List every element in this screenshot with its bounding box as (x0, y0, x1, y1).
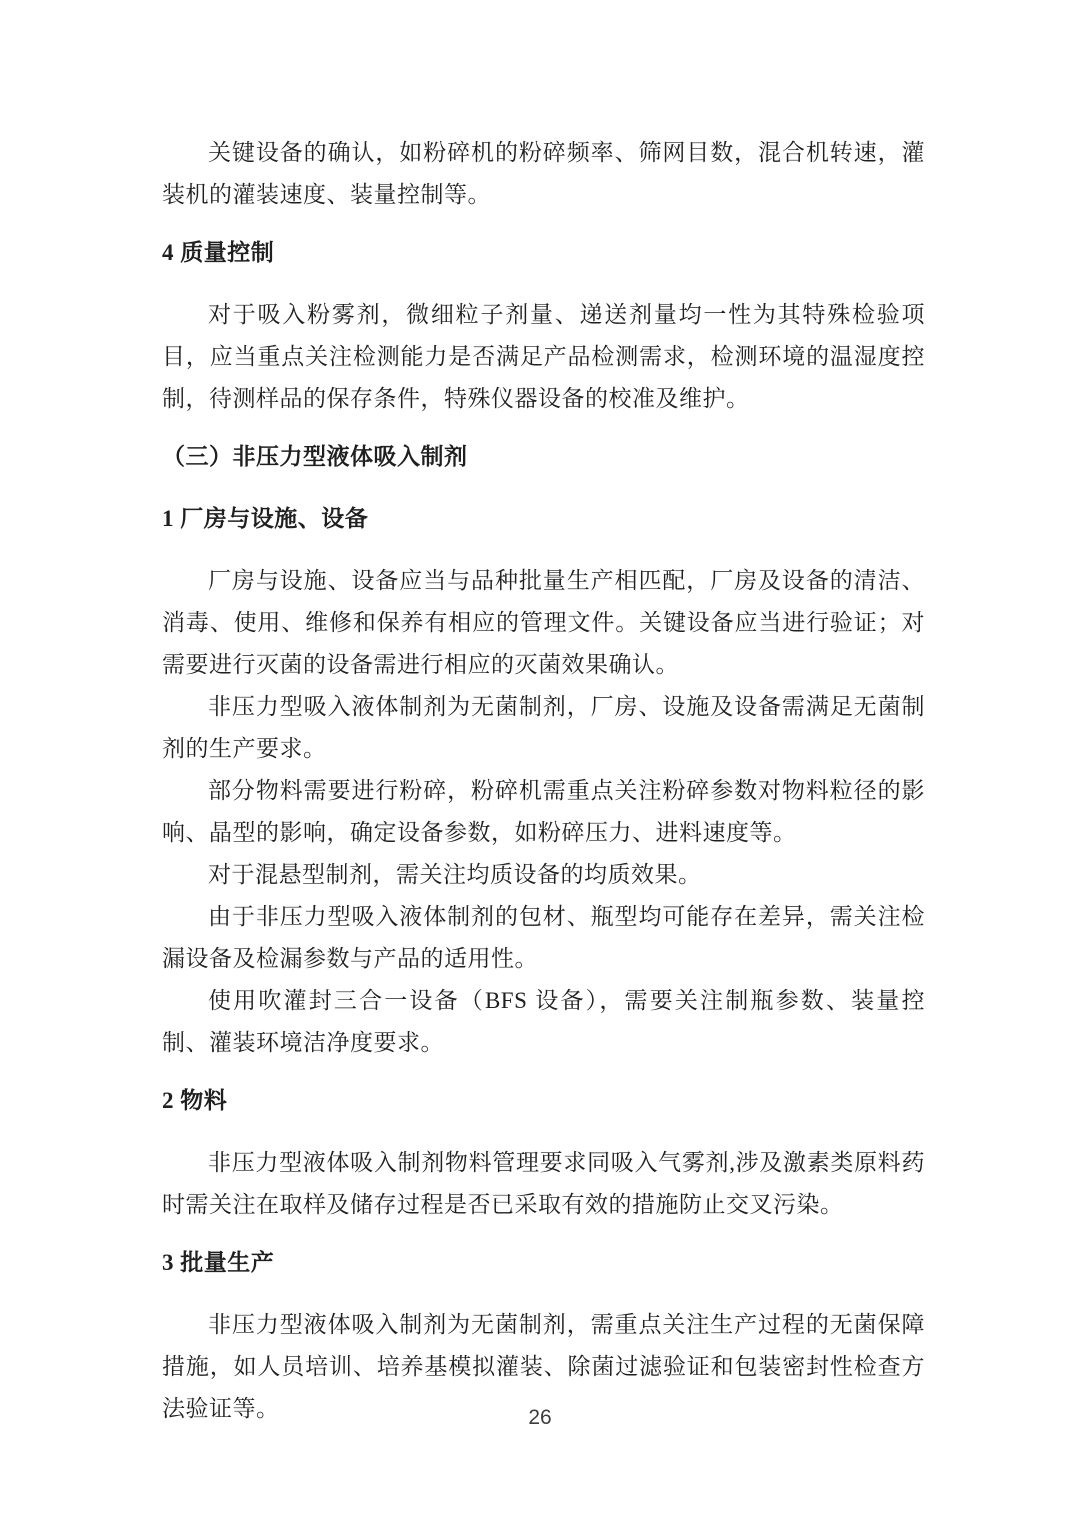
heading-4-quality-control: 4 质量控制 (162, 232, 925, 274)
heading-1-facilities-equipment: 1 厂房与设施、设备 (162, 498, 925, 540)
paragraph-leak-detection-applicability: 由于非压力型吸入液体制剂的包材、瓶型均可能存在差异，需关注检漏设备及检漏参数与产… (162, 896, 925, 980)
document-body: 关键设备的确认，如粉碎机的粉碎频率、筛网目数，混合机转速，灌装机的灌装速度、装量… (0, 0, 1080, 1430)
page-footer: 26 (0, 1406, 1080, 1430)
paragraph-sterile-preparation-requirements: 非压力型吸入液体制剂为无菌制剂，厂房、设施及设备需满足无菌制剂的生产要求。 (162, 686, 925, 770)
heading-2-materials: 2 物料 (162, 1080, 925, 1122)
paragraph-material-management-cross-contamination: 非压力型液体吸入制剂物料管理要求同吸入气雾剂,涉及激素类原料药时需关注在取样及储… (162, 1142, 925, 1226)
paragraph-key-equipment-confirmation: 关键设备的确认，如粉碎机的粉碎频率、筛网目数，混合机转速，灌装机的灌装速度、装量… (162, 132, 925, 216)
paragraph-bfs-equipment: 使用吹灌封三合一设备（BFS 设备），需要关注制瓶参数、装量控制、灌装环境洁净度… (162, 980, 925, 1064)
heading-3-batch-production: 3 批量生产 (162, 1242, 925, 1284)
paragraph-facilities-match-batch-production: 厂房与设施、设备应当与品种批量生产相匹配，厂房及设备的清洁、消毒、使用、维修和保… (162, 560, 925, 686)
page-number: 26 (528, 1406, 551, 1429)
paragraph-suspension-homogenization: 对于混悬型制剂，需关注均质设备的均质效果。 (162, 854, 925, 896)
paragraph-powder-inhaler-testing: 对于吸入粉雾剂，微细粒子剂量、递送剂量均一性为其特殊检验项目，应当重点关注检测能… (162, 294, 925, 420)
paragraph-material-crushing-parameters: 部分物料需要进行粉碎，粉碎机需重点关注粉碎参数对物料粒径的影响、晶型的影响，确定… (162, 770, 925, 854)
document-page: 关键设备的确认，如粉碎机的粉碎频率、筛网目数，混合机转速，灌装机的灌装速度、装量… (0, 0, 1080, 1526)
heading-section-3-non-pressurized-liquid-inhalation: （三）非压力型液体吸入制剂 (162, 436, 925, 478)
